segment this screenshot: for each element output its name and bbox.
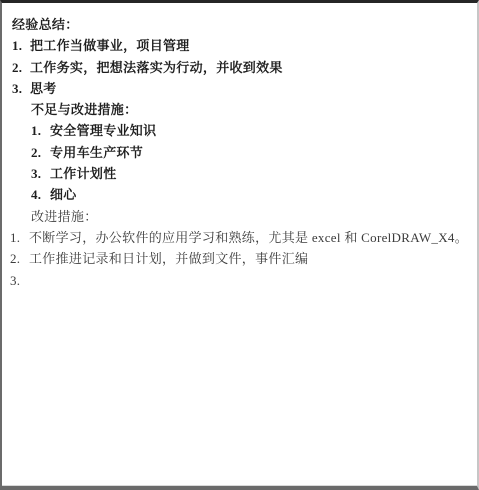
item-text: 安全管理专业知识 — [50, 120, 471, 141]
item-number: 3. — [12, 78, 30, 99]
item-text: 专用车生产环节 — [50, 142, 471, 163]
item-number: 3. — [10, 270, 29, 291]
doc-title-row: 经验总结： — [12, 14, 471, 35]
document-page: 经验总结： 1. 把工作当做事业，项目管理 2. 工作务实，把想法落实为行动，并… — [0, 0, 479, 490]
shortcomings-heading-row: 不足与改进措施： — [12, 99, 471, 120]
item-text: 把工作当做事业，项目管理 — [30, 35, 471, 56]
item-number: 1. — [12, 35, 30, 56]
improvements-heading-row: 改进措施： — [12, 206, 471, 227]
item-text: 思考 — [30, 78, 471, 99]
shortcoming-item: 1. 安全管理专业知识 — [12, 120, 471, 141]
improvement-item: 3. — [12, 270, 471, 291]
doc-title: 经验总结： — [12, 14, 471, 35]
experience-item: 3. 思考 — [12, 78, 471, 99]
item-number: 4. — [31, 184, 50, 205]
improvement-item: 1. 不断学习，办公软件的应用学习和熟练，尤其是 excel 和 CorelDR… — [12, 227, 471, 248]
experience-item: 2. 工作务实，把想法落实为行动，并收到效果 — [12, 57, 471, 78]
improvements-heading: 改进措施： — [31, 206, 471, 227]
shortcoming-item: 2. 专用车生产环节 — [12, 142, 471, 163]
item-number: 2. — [31, 142, 50, 163]
shortcomings-heading: 不足与改进措施： — [31, 99, 471, 120]
item-text: 细心 — [50, 184, 471, 205]
item-text: 工作务实，把想法落实为行动，并收到效果 — [30, 57, 471, 78]
item-number: 2. — [12, 57, 30, 78]
improvement-item: 2. 工作推进记录和日计划，并做到文件，事件汇编 — [12, 248, 471, 269]
item-text: 不断学习，办公软件的应用学习和熟练，尤其是 excel 和 CorelDRAW_… — [29, 227, 471, 248]
shortcoming-item: 3. 工作计划性 — [12, 163, 471, 184]
item-number: 1. — [10, 227, 29, 248]
item-number: 2. — [10, 248, 29, 269]
item-text: 工作推进记录和日计划，并做到文件，事件汇编 — [29, 248, 471, 269]
shortcoming-item: 4. 细心 — [12, 184, 471, 205]
item-number: 3. — [31, 163, 50, 184]
item-text: 工作计划性 — [50, 163, 471, 184]
item-number: 1. — [31, 120, 50, 141]
experience-item: 1. 把工作当做事业，项目管理 — [12, 35, 471, 56]
